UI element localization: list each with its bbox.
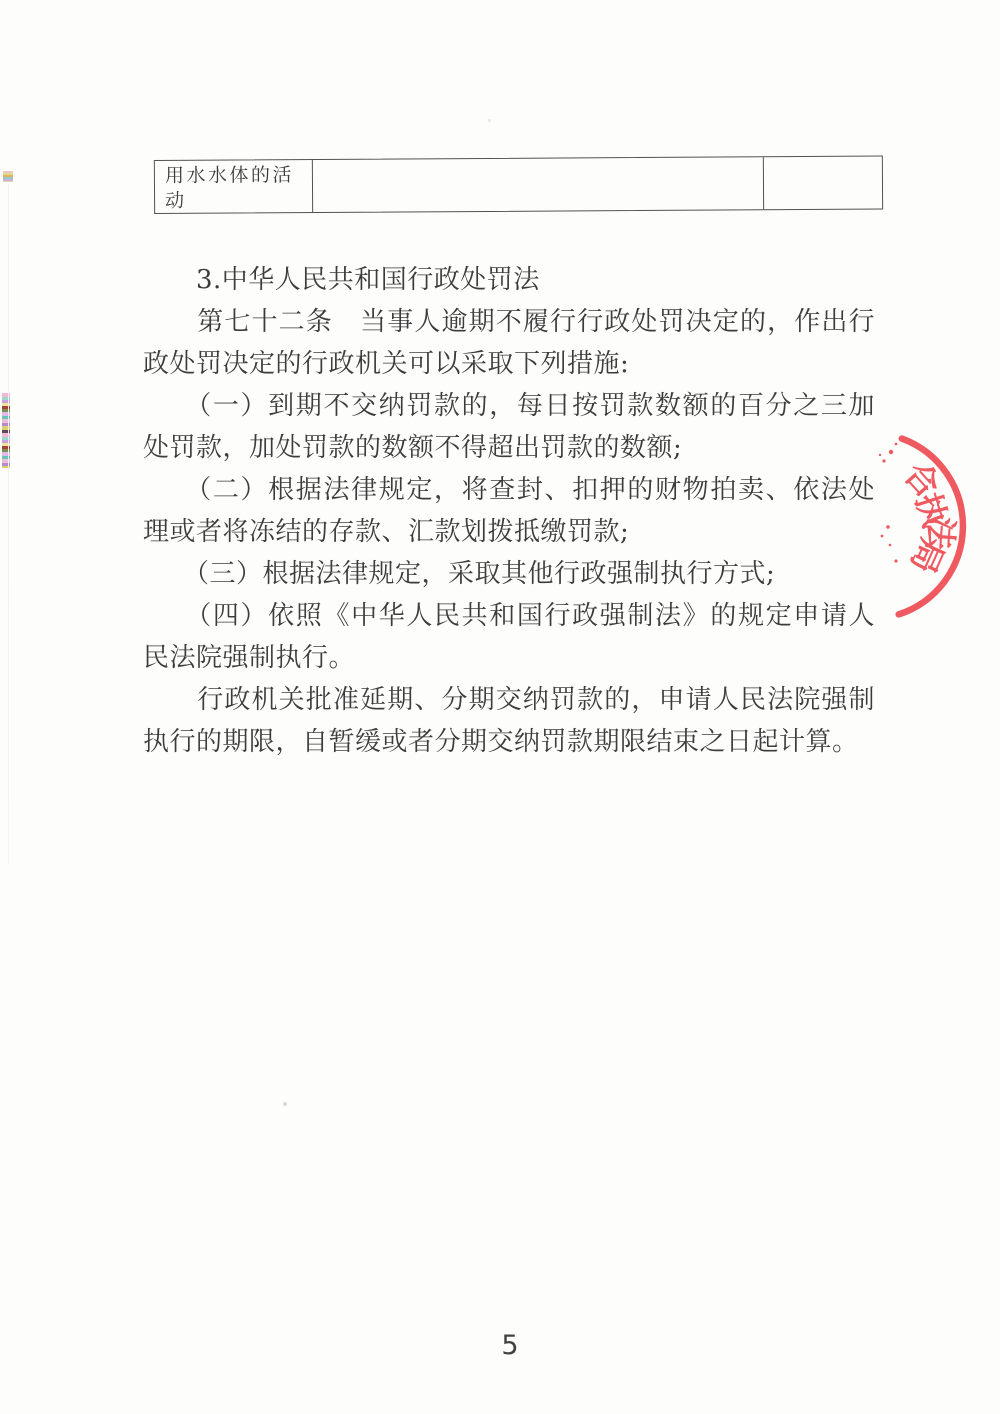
text-line: 处罚款，加处罚款的数额不得超出罚款的数额; [143,427,875,469]
official-seal: 合执法局 [770,415,1000,635]
text-line: 行政机关批准延期、分期交纳罚款的，申请人民法院强制 [143,679,875,721]
table-cell-label: 用水水体的活动 [155,160,313,213]
seal-arc-icon [770,415,1000,635]
scan-artifact-color-blob [3,171,13,182]
text-line: 第七十二条 当事人逾期不履行行政处罚决定的，作出行 [143,301,875,343]
document-body: 3.中华人民共和国行政处罚法 第七十二条 当事人逾期不履行行政处罚决定的，作出行… [143,259,875,763]
scan-artifact-hairline [8,184,9,864]
scan-speck [283,1102,287,1106]
scan-speck [488,119,491,122]
text-line: 理或者将冻结的存款、汇款划拨抵缴罚款; [143,511,875,553]
table-cell-empty-1 [313,157,764,212]
text-line: 政处罚决定的行政机关可以采取下列措施: [143,343,875,385]
text-line: （三）根据法律规定，采取其他行政强制执行方式; [143,553,875,595]
text-line: 执行的期限，自暂缓或者分期交纳罚款期限结束之日起计算。 [143,721,875,763]
text-line: （二）根据法律规定，将查封、扣押的财物拍卖、依法处 [143,469,875,511]
table-cell-text: 用水水体的活动 [165,163,303,214]
scanned-document-page: 用水水体的活动 3.中华人民共和国行政处罚法 第七十二条 当事人逾期不履行行政处… [0,0,1000,1414]
text-line: （一）到期不交纳罚款的，每日按罚款数额的百分之三加 [143,385,875,427]
text-line: 民法院强制执行。 [143,637,875,679]
document-heading: 3.中华人民共和国行政处罚法 [143,259,875,301]
page-number: 5 [495,1330,525,1361]
table-row: 用水水体的活动 [154,156,883,214]
text-line: （四）依照《中华人民共和国行政强制法》的规定申请人 [143,595,875,637]
table-cell-empty-2 [764,157,882,210]
